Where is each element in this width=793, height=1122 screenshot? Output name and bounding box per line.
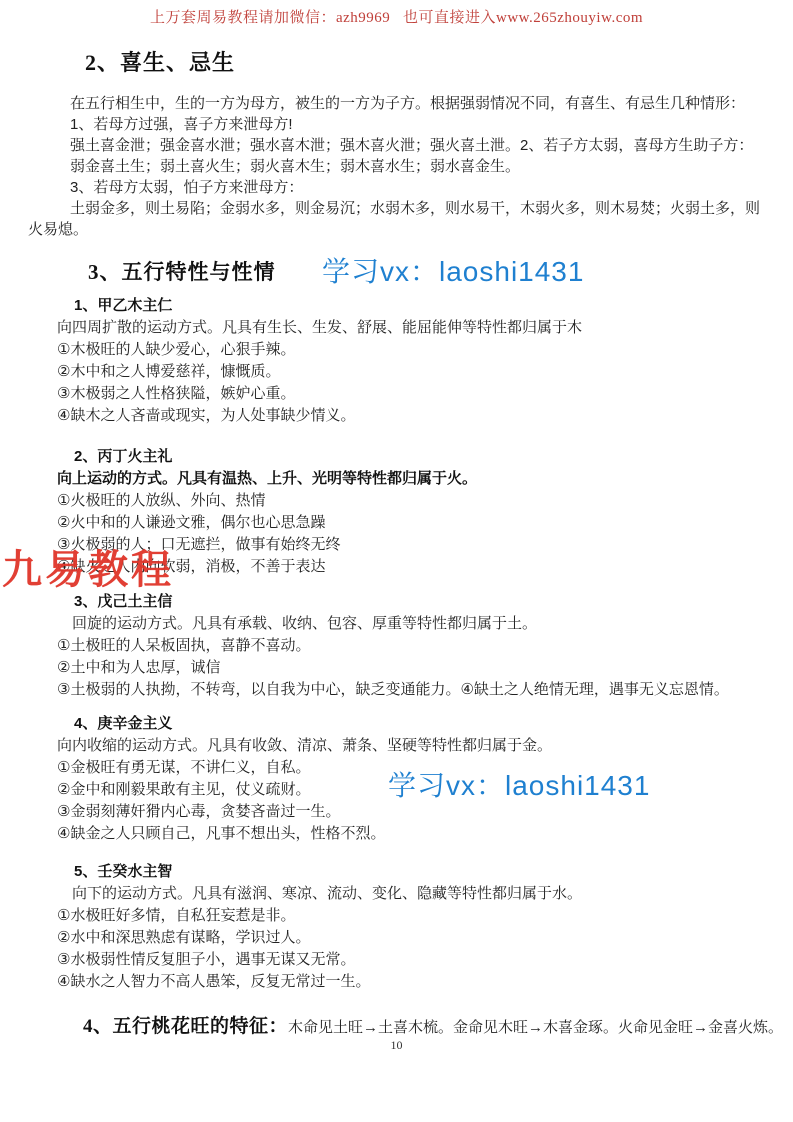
- subsection-water: 5、壬癸水主智 向下的运动方式。凡具有滋润、寒凉、流动、变化、隐藏等特性都归属于…: [0, 861, 793, 993]
- section-title-xisheng: 2、喜生、忌生: [85, 46, 235, 77]
- list-item: ①土极旺的人呆板固执，喜静不喜动。: [57, 635, 767, 657]
- subsection-wood: 1、甲乙木主仁 向四周扩散的运动方式。凡具有生长、生发、舒展、能屈能伸等特性都归…: [0, 295, 793, 427]
- paragraph-rule-1: 1、若母方过强，喜子方来泄母方!: [28, 114, 768, 135]
- subsection-heading-fire: 2、丙丁火主礼: [74, 446, 793, 468]
- paragraph-intro: 在五行相生中，生的一方为母方，被生的一方为子方。根据强弱情况不同，有喜生、有忌生…: [28, 93, 768, 114]
- subsection-intro-water: 向下的运动方式。凡具有滋润、寒凉、流动、变化、隐藏等特性都归属于水。: [57, 883, 767, 905]
- subsection-heading-water: 5、壬癸水主智: [74, 861, 793, 883]
- section-xisheng-body: 在五行相生中，生的一方为母方，被生的一方为子方。根据强弱情况不同，有喜生、有忌生…: [28, 93, 768, 240]
- list-item: ①水极旺好多情，自私狂妄惹是非。: [57, 905, 767, 927]
- list-item: ②木中和之人博爱慈祥，慷慨质。: [57, 361, 767, 383]
- list-item: ③木极弱之人性格狭隘，嫉妒心重。: [57, 383, 767, 405]
- watermark-study-contact-1: 学习vx：laoshi1431: [322, 250, 584, 290]
- subsection-intro-metal: 向内收缩的运动方式。凡具有收敛、清凉、萧条、坚硬等特性都归属于金。: [57, 735, 767, 757]
- section-title-taohua: 4、五行桃花旺的特征：: [83, 1016, 288, 1037]
- list-item: ③水极弱性情反复胆子小，遇事无谋又无常。: [57, 949, 767, 971]
- section-taohua: 4、五行桃花旺的特征：木命见土旺→土喜木梳。金命见木旺→木喜金琢。火命见金旺→金…: [83, 1011, 788, 1038]
- list-item: ①火极旺的人放纵、外向、热情: [57, 490, 767, 512]
- page-number: 10: [0, 1038, 793, 1053]
- subsection-heading-metal: 4、庚辛金主义: [74, 713, 793, 735]
- subsection-intro-earth: 回旋的运动方式。凡具有承载、收纳、包容、厚重等特性都归属于土。: [57, 613, 767, 635]
- list-item: ③金弱刻薄奸猾内心毒，贪婪吝啬过一生。: [57, 801, 767, 823]
- paragraph-rule-1-detail: 强土喜金泄；强金喜水泄；强水喜木泄；强木喜火泄；强火喜土泄。2、若子方太弱，喜母…: [28, 135, 768, 156]
- subsection-earth: 3、戊己土主信 回旋的运动方式。凡具有承载、收纳、包容、厚重等特性都归属于土。 …: [0, 591, 793, 701]
- subsection-heading-earth: 3、戊己土主信: [74, 591, 793, 613]
- subsection-intro-fire: 向上运动的方式。凡具有温热、上升、光明等特性都归属于火。: [57, 468, 767, 490]
- subsection-intro-wood: 向四周扩散的运动方式。凡具有生长、生发、舒展、能屈能伸等特性都归属于木: [57, 317, 767, 339]
- list-item: ④缺金之人只顾自己，凡事不想出头，性格不烈。: [57, 823, 767, 845]
- list-item: ②土中和为人忠厚，诚信: [57, 657, 767, 679]
- header-promo-text: 上万套周易教程请加微信：azh9969 也可直接进入www.265zhouyiw…: [0, 6, 793, 27]
- subsection-heading-wood: 1、甲乙木主仁: [74, 295, 793, 317]
- section-title-texing: 3、五行特性与性情: [88, 256, 276, 286]
- paragraph-rule-3: 3、若母方太弱，怕子方来泄母方：: [28, 177, 768, 198]
- paragraph-rule-2-detail: 弱金喜土生；弱土喜火生；弱火喜木生；弱木喜水生；弱水喜金生。: [28, 156, 768, 177]
- list-item: ④缺水之人智力不高人愚笨，反复无常过一生。: [57, 971, 767, 993]
- paragraph-rule-3-detail: 土弱金多，则土易陷；金弱水多，则金易沉；水弱木多，则水易干，木弱火多，则木易焚；…: [28, 198, 768, 240]
- list-item: ④缺木之人吝啬或现实，为人处事缺少情义。: [57, 405, 767, 427]
- list-item: ②火中和的人谦逊文雅，偶尔也心思急躁: [57, 512, 767, 534]
- watermark-study-contact-2: 学习vx：laoshi1431: [388, 764, 650, 804]
- watermark-brand: 九易教程: [2, 538, 174, 595]
- list-item: ③土极弱的人执拗，不转弯，以自我为中心，缺乏变通能力。④缺土之人绝情无理，遇事无…: [57, 679, 767, 701]
- section-taohua-content: 木命见土旺→土喜木梳。金命见木旺→木喜金琢。火命见金旺→金喜火炼。: [288, 1019, 783, 1036]
- list-item: ②水中和深思熟虑有谋略，学识过人。: [57, 927, 767, 949]
- list-item: ①木极旺的人缺少爱心，心狠手辣。: [57, 339, 767, 361]
